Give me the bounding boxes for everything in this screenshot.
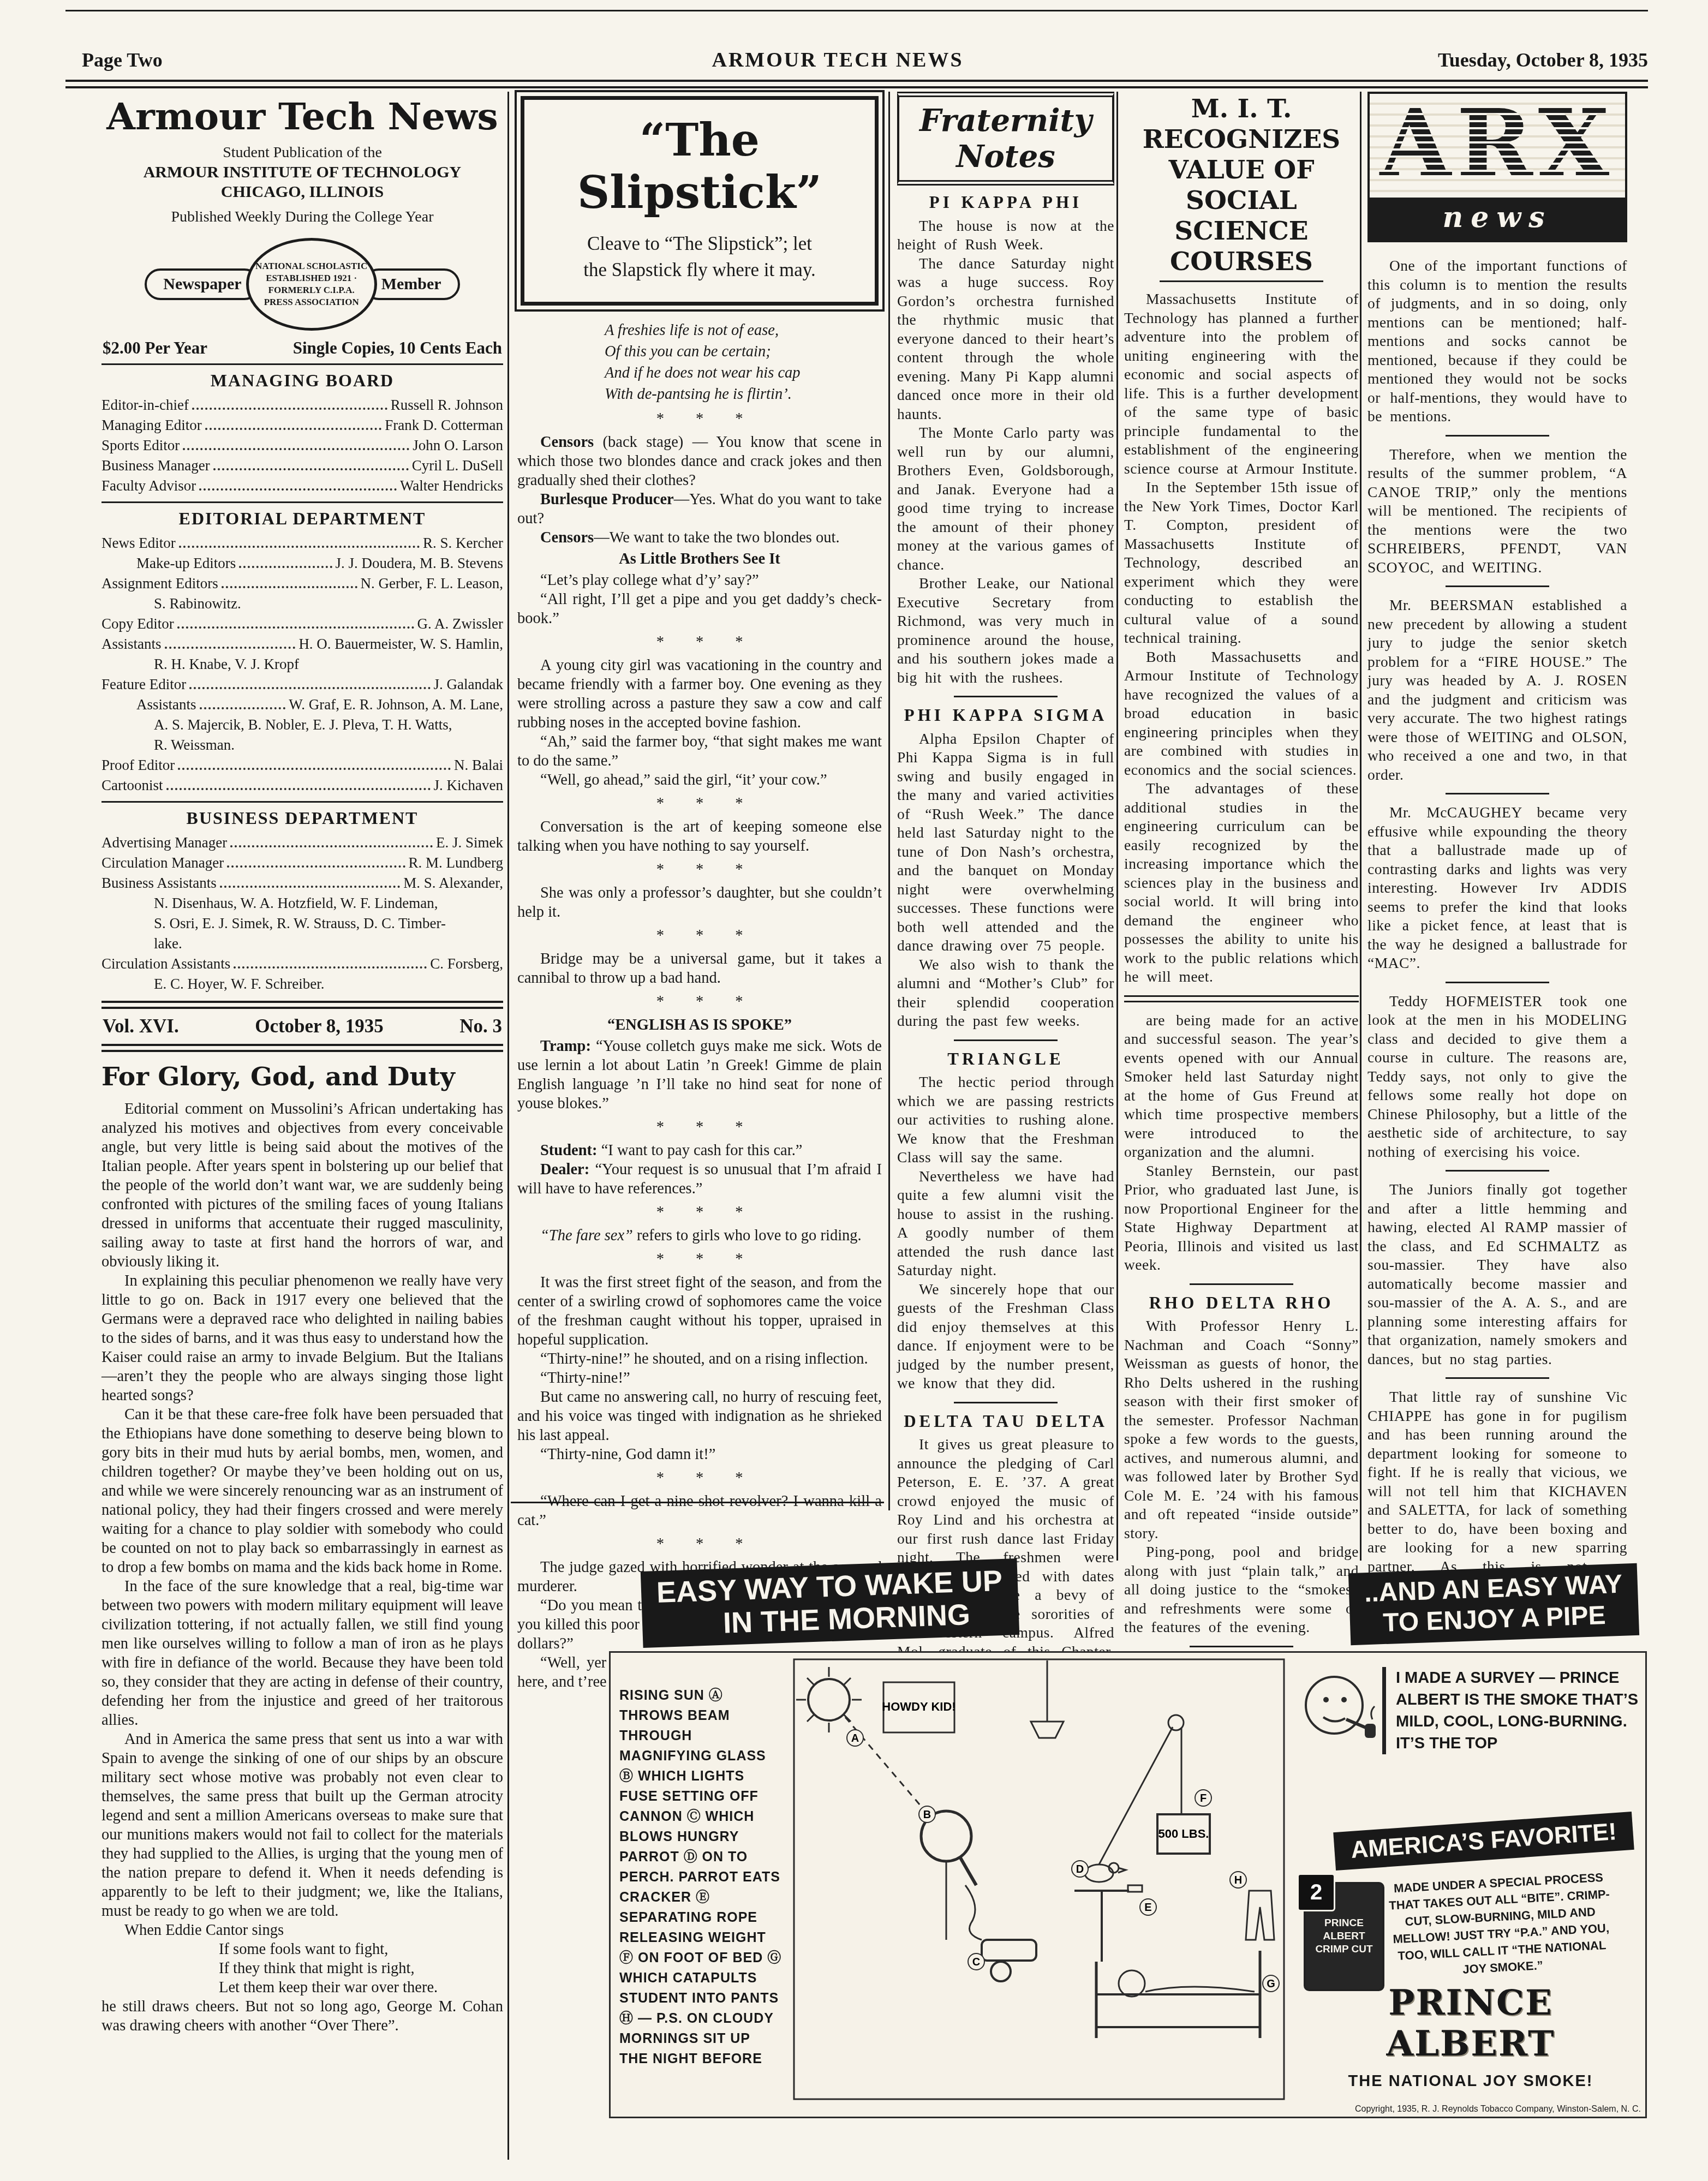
- column-rule-3: [1116, 92, 1118, 1561]
- fraternity-item: [954, 1039, 1058, 1041]
- mit-item: With Professor Henry L. Nachman and Coac…: [1124, 1317, 1359, 1543]
- svg-text:G: G: [1267, 1978, 1275, 1990]
- fraternity-item: We sincerely hope that our guests of the…: [897, 1280, 1114, 1393]
- mit-item: [1190, 1283, 1293, 1285]
- fraternity-item: The Monte Carlo party was well run by ou…: [897, 423, 1114, 574]
- slipstick-item: “The fare sex” refers to girls who love …: [517, 1226, 882, 1245]
- mit-item: The advantages of these additional studi…: [1124, 779, 1359, 987]
- mit-item: In the September 15th issue of the New Y…: [1124, 478, 1359, 648]
- divider: [101, 501, 503, 503]
- masthead: Armour Tech News Student Publication of …: [101, 95, 503, 1052]
- masthead-sub4: Published Weekly During the College Year: [101, 207, 503, 227]
- divider: [101, 363, 503, 365]
- slipstick-item: Of this you can be certain;: [517, 341, 882, 362]
- slipstick-item: With de-pantsing he is flirtin’.: [517, 384, 882, 405]
- ad-headline-left: EASY WAY TO WAKE UP IN THE MORNING: [641, 1558, 1020, 1648]
- editorial-paragraph: When Eddie Cantor sings: [101, 1921, 503, 1940]
- slipstick-item: ***: [517, 926, 882, 945]
- volume-row: Vol. XVI. October 8, 1935 No. 3: [103, 1015, 502, 1037]
- svg-text:C: C: [972, 1956, 980, 1968]
- seal-top: NATIONAL SCHOLASTIC: [255, 260, 367, 272]
- masthead-sub3: CHICAGO, ILLINOIS: [101, 182, 503, 202]
- slipstick-item: ***: [517, 794, 882, 813]
- arx-logo-band: news: [1370, 198, 1625, 240]
- fraternity-item: Brother Leake, our National Executive Se…: [897, 574, 1114, 687]
- staff-row: S. Osri, E. J. Simek, R. W. Strauss, D. …: [101, 913, 503, 934]
- staff-row: R. Weissman.: [101, 735, 503, 755]
- staff-row: Circulation AssistantsC. Forsberg,: [101, 954, 503, 974]
- divider: [101, 1044, 503, 1052]
- arx-item: [1446, 982, 1549, 983]
- arx-item: Teddy HOFMEISTER took one look at the me…: [1367, 992, 1627, 1162]
- price-per-year: $2.00 Per Year: [103, 338, 207, 358]
- fraternity-notes-title: Fraternity Notes: [903, 103, 1109, 175]
- editorial-paragraph: In the face of the sure knowledge that a…: [101, 1577, 503, 1730]
- editorial-headline: For Glory, God, and Duty: [101, 1062, 503, 1092]
- arx-news-logo: ARX news: [1367, 92, 1627, 242]
- slipstick-item: Dealer: “Your request is so unusual that…: [517, 1160, 882, 1198]
- tobacco-tin-icon: PRINCE ALBERT CRIMP CUT 2: [1304, 1882, 1384, 1991]
- seal-mid: ESTABLISHED 1921 · FORMERLY C.I.P.A.: [249, 272, 374, 296]
- price-row: $2.00 Per Year Single Copies, 10 Cents E…: [103, 338, 502, 358]
- slipstick-motto-line1: Cleave to “The Slipstick”; let: [530, 231, 869, 257]
- mit-headline-line2: VALUE OF SOCIAL: [1124, 155, 1359, 216]
- prince-albert-advertisement: EASY WAY TO WAKE UP IN THE MORNING ..AND…: [609, 1565, 1644, 2165]
- svg-text:B: B: [923, 1809, 931, 1821]
- price-single-copy: Single Copies, 10 Cents Each: [293, 338, 502, 358]
- top-hairline: [65, 10, 1648, 11]
- slipstick-item: Conversation is the art of keeping someo…: [517, 817, 882, 856]
- svg-text:E: E: [1144, 1902, 1151, 1914]
- tin-price-badge: 2: [1297, 1873, 1335, 1911]
- fraternity-item: [954, 1402, 1058, 1403]
- paper-name: ARMOUR TECH NEWS: [311, 48, 1364, 72]
- ad-body: RISING SUN Ⓐ THROWS BEAM THROUGH MAGNIFY…: [609, 1651, 1647, 2118]
- smoking-man-icon: [1296, 1667, 1378, 1754]
- masthead-sub2: ARMOUR INSTITUTE OF TECHNOLOGY: [101, 163, 503, 182]
- svg-text:F: F: [1200, 1792, 1207, 1804]
- slipstick-item: ***: [517, 632, 882, 652]
- staff-row: E. C. Hoyer, W. F. Schreiber.: [101, 974, 503, 994]
- ad-headlines: EASY WAY TO WAKE UP IN THE MORNING ..AND…: [609, 1565, 1644, 1647]
- fraternity-item: The dance Saturday night was a huge succ…: [897, 254, 1114, 424]
- slipstick-item: Tramp: “Youse colletch guys make me sick…: [517, 1037, 882, 1113]
- editorial-paragraph: If some fools want to fight,: [101, 1940, 503, 1959]
- tin-label: PRINCE ALBERT CRIMP CUT: [1309, 1917, 1379, 1956]
- slipstick-item: Censors (back stage) — You know that sce…: [517, 433, 882, 490]
- staff-row: Assignment EditorsN. Gerber, F. L. Leaso…: [101, 573, 503, 594]
- editorial-paragraph: Can it be that these care-free folk have…: [101, 1405, 503, 1577]
- slipstick-item: ***: [517, 1118, 882, 1137]
- slipstick-item: But came no answering call, no hurry of …: [517, 1388, 882, 1445]
- rube-goldberg-cartoon: HOWDY KID!: [791, 1656, 1287, 2114]
- business-dept-title: BUSINESS DEPARTMENT: [101, 808, 503, 828]
- editorial-paragraph: And in America the same press that sent …: [101, 1730, 503, 1921]
- masthead-editorial-column: Armour Tech News Student Publication of …: [101, 92, 503, 2035]
- staff-row: Make-up EditorsJ. J. Doudera, M. B. Stev…: [101, 553, 503, 573]
- page-number: Page Two: [82, 49, 311, 71]
- staff-row: lake.: [101, 934, 503, 954]
- slipstick-item: ***: [517, 1203, 882, 1222]
- fraternity-notes-box: Fraternity Notes: [897, 92, 1114, 186]
- slipstick-item: “Let’s play college what d’y’ say?”: [517, 571, 882, 590]
- editorial-paragraph: Editorial comment on Mussolini’s African…: [101, 1100, 503, 1271]
- arx-item: Therefore, when we mention the results o…: [1367, 445, 1627, 577]
- fraternity-item: DELTA TAU DELTA: [897, 1412, 1114, 1431]
- arx-item: One of the important functions of this c…: [1367, 256, 1627, 426]
- masthead-sub1: Student Publication of the: [101, 143, 503, 163]
- mit-headline-line1: M. I. T. RECOGNIZES: [1124, 94, 1359, 155]
- arx-news-column: ARX news One of the important functions …: [1367, 92, 1627, 1637]
- slipstick-item: “Ah,” said the farmer boy, “that sight m…: [517, 732, 882, 770]
- poster-label: HOWDY KID!: [882, 1700, 955, 1713]
- slipstick-motto-line2: the Slapstick fly where it may.: [530, 257, 869, 283]
- staff-row: Copy EditorG. A. Zwissler: [101, 614, 503, 634]
- badge-member-label: Member: [363, 268, 460, 300]
- editorial-dept-title: EDITORIAL DEPARTMENT: [101, 509, 503, 529]
- mit-item: Stanley Bernstein, our past Prior, who g…: [1124, 1162, 1359, 1275]
- fraternity-item: We also wish to thank the alumni and “Mo…: [897, 955, 1114, 1031]
- issue-number: No. 3: [459, 1015, 502, 1037]
- fraternity-item: Alpha Epsilon Chapter of Phi Kappa Sigma…: [897, 730, 1114, 955]
- editorial-body: Editorial comment on Mussolini’s African…: [101, 1100, 503, 2035]
- arx-logo-letters: ARX: [1370, 94, 1625, 192]
- slipstick-item: ***: [517, 860, 882, 879]
- slipstick-item: “Thirty-nine!” he shouted, and on a risi…: [517, 1349, 882, 1369]
- arx-item: The Juniors finally got together and aft…: [1367, 1180, 1627, 1369]
- header-rule: [65, 80, 1648, 88]
- slipstick-box: “The Slipstick” Cleave to “The Slipstick…: [521, 96, 879, 306]
- staff-row: Faculty AdvisorWalter Hendricks: [101, 476, 503, 496]
- fraternity-item: Nevertheless we have had quite a few alu…: [897, 1167, 1114, 1280]
- mit-item: Both Massachusetts and Armour Institute …: [1124, 648, 1359, 780]
- staff-row: News EditorR. S. Kercher: [101, 533, 503, 553]
- slipstick-item: She was only a professor’s daughter, but…: [517, 883, 882, 922]
- press-association-badge: Newspaper NATIONAL SCHOLASTIC ESTABLISHE…: [101, 238, 503, 331]
- divider: [101, 1001, 503, 1009]
- slipstick-item: Burlesque Producer—Yes. What do you want…: [517, 490, 882, 528]
- arx-item: [1446, 793, 1549, 794]
- divider: [101, 801, 503, 803]
- staff-row: AssistantsH. O. Bauermeister, W. S. Haml…: [101, 634, 503, 654]
- slipstick-item: It was the first street fight of the sea…: [517, 1273, 882, 1349]
- staff-row: Feature EditorJ. Galandak: [101, 674, 503, 695]
- column-rule-4: [1360, 92, 1361, 1561]
- arx-news-body: One of the important functions of this c…: [1367, 256, 1627, 1637]
- slipstick-item: Censors—We want to take the two blondes …: [517, 528, 882, 547]
- staff-row: A. S. Majercik, B. Nobler, E. J. Pleva, …: [101, 715, 503, 735]
- volume-date: October 8, 1935: [255, 1015, 384, 1037]
- staff-row: CartoonistJ. Kichaven: [101, 775, 503, 796]
- arx-item: [1446, 1377, 1549, 1379]
- brand-name: PRINCE ALBERT: [1312, 1982, 1629, 2064]
- mit-item: RHO DELTA RHO: [1124, 1294, 1359, 1313]
- staff-row: Managing EditorFrank D. Cotterman: [101, 415, 503, 435]
- mit-item: are being made for an active and success…: [1124, 1011, 1359, 1162]
- staff-row: AssistantsW. Graf, E. R. Johnson, A. M. …: [101, 695, 503, 715]
- slipstick-item: ***: [517, 1250, 882, 1269]
- staff-row: Business AssistantsM. S. Alexander,: [101, 873, 503, 893]
- ad-headline-right: ..AND AN EASY WAY TO ENJOY A PIPE: [1348, 1563, 1639, 1645]
- staff-row: Proof EditorN. Balai: [101, 755, 503, 775]
- slipstick-item: “ENGLISH AS IS SPOKE”: [517, 1015, 882, 1035]
- slipstick-item: ***: [517, 992, 882, 1011]
- staff-row: Sports EditorJohn O. Larson: [101, 435, 503, 456]
- business-dept-list: Advertising ManagerE. J. SimekCirculatio…: [101, 833, 503, 994]
- slipstick-item: “Where can I get a nine shot revolver? I…: [517, 1492, 882, 1530]
- issue-date: Tuesday, October 8, 1935: [1364, 49, 1648, 71]
- staff-row: Circulation ManagerR. M. Lundberg: [101, 853, 503, 873]
- editorial-paragraph: If they think that might is right,: [101, 1959, 503, 1978]
- staff-row: S. Rabinowitz.: [101, 594, 503, 614]
- slipstick-item: Bridge may be a universal game, but it t…: [517, 949, 882, 988]
- ad-favorite-banner: AMERICA’S FAVORITE!: [1333, 1812, 1634, 1871]
- press-association-seal-icon: NATIONAL SCHOLASTIC ESTABLISHED 1921 · F…: [246, 238, 377, 331]
- editorial-paragraph: In explaining this peculiar phenomenon w…: [101, 1271, 503, 1405]
- column-rule-1: [507, 92, 509, 2160]
- ad-testimonial-text: I MADE A SURVEY — PRINCE ALBERT IS THE S…: [1382, 1667, 1641, 1754]
- slipstick-item: ***: [517, 409, 882, 428]
- page-header: Page Two ARMOUR TECH NEWS Tuesday, Octob…: [82, 48, 1648, 72]
- mit-item: [1124, 995, 1359, 1002]
- badge-newspaper-label: Newspaper: [145, 268, 260, 300]
- slipstick-item: “Thirty-nine, God damn it!”: [517, 1445, 882, 1464]
- editorial-dept-list: News EditorR. S. KercherMake-up EditorsJ…: [101, 533, 503, 796]
- managing-board-title: MANAGING BOARD: [101, 371, 503, 391]
- slipstick-item: “All right, I’ll get a pipe and you get …: [517, 590, 882, 628]
- volume: Vol. XVI.: [103, 1015, 179, 1037]
- ad-right-panel: I MADE A SURVEY — PRINCE ALBERT IS THE S…: [1296, 1653, 1640, 2117]
- arx-item: Mr. McCAUGHEY became very effusive while…: [1367, 803, 1627, 973]
- slipstick-item: “Thirty-nine!”: [517, 1369, 882, 1388]
- mit-headline-rule: [1160, 280, 1323, 282]
- editorial-paragraph: Let them keep their war over there.: [101, 1978, 503, 1997]
- slipstick-item: Student: “I want to pay cash for this ca…: [517, 1141, 882, 1160]
- brand-slogan: THE NATIONAL JOY SMOKE!: [1312, 2072, 1629, 2090]
- fraternity-item: TRIANGLE: [897, 1050, 1114, 1069]
- slipstick-item: A freshies life is not of ease,: [517, 320, 882, 341]
- fraternity-item: PI KAPPA PHI: [897, 193, 1114, 212]
- slipstick-item: ***: [517, 1468, 882, 1487]
- slipstick-item: A young city girl was vacationing in the…: [517, 656, 882, 732]
- column-rule-2: [888, 92, 890, 1510]
- arx-item: [1446, 435, 1549, 437]
- fraternity-item: The house is now at the height of Rush W…: [897, 217, 1114, 254]
- fraternity-item: PHI KAPPA SIGMA: [897, 706, 1114, 725]
- staff-row: R. H. Knabe, V. J. Kropf: [101, 654, 503, 674]
- masthead-title: Armour Tech News: [101, 95, 503, 139]
- arx-item: [1446, 1170, 1549, 1172]
- slipstick-item: And if he does not wear his cap: [517, 362, 882, 384]
- fraternity-item: The hectic period through which we are p…: [897, 1073, 1114, 1167]
- editorial-paragraph: he still draws cheers. But not so long a…: [101, 1997, 503, 2035]
- ad-process-text: MADE UNDER A SPECIAL PROCESS THAT TAKES …: [1381, 1868, 1620, 1982]
- svg-text:H: H: [1234, 1874, 1242, 1886]
- ad-copyright: Copyright, 1935, R. J. Reynolds Tobacco …: [1355, 2105, 1641, 2114]
- slipstick-item: ***: [517, 1534, 882, 1553]
- arx-item: Mr. BEERSMAN established a new precedent…: [1367, 596, 1627, 784]
- svg-text:D: D: [1076, 1863, 1084, 1875]
- editorial-article: For Glory, God, and Duty Editorial comme…: [101, 1062, 503, 2035]
- svg-text:A: A: [851, 1732, 859, 1744]
- fraternity-item: [954, 696, 1058, 697]
- staff-row: Business ManagerCyril L. DuSell: [101, 456, 503, 476]
- seal-bottom: PRESS ASSOCIATION: [264, 296, 359, 308]
- arx-item: [1446, 585, 1549, 587]
- slipstick-item: As Little Brothers See It: [517, 549, 882, 569]
- weight-label: 500 LBS.: [1158, 1827, 1209, 1841]
- mit-headline-line3: SCIENCE COURSES: [1124, 216, 1359, 277]
- newspaper-page: Page Two ARMOUR TECH NEWS Tuesday, Octob…: [0, 0, 1708, 2181]
- staff-row: N. Disenhaus, W. A. Hotzfield, W. F. Lin…: [101, 893, 503, 913]
- ad-contraption-caption: RISING SUN Ⓐ THROWS BEAM THROUGH MAGNIFY…: [619, 1686, 783, 2069]
- staff-row: Advertising ManagerE. J. Simek: [101, 833, 503, 853]
- slipstick-item: “Well, go ahead,” said the girl, “it’ yo…: [517, 770, 882, 790]
- managing-board-list: Editor-in-chiefRussell R. JohnsonManagin…: [101, 395, 503, 496]
- mit-item: Massachusetts Institute of Technology ha…: [1124, 290, 1359, 478]
- slipstick-title: “The Slipstick”: [530, 114, 869, 219]
- staff-row: Editor-in-chiefRussell R. Johnson: [101, 395, 503, 415]
